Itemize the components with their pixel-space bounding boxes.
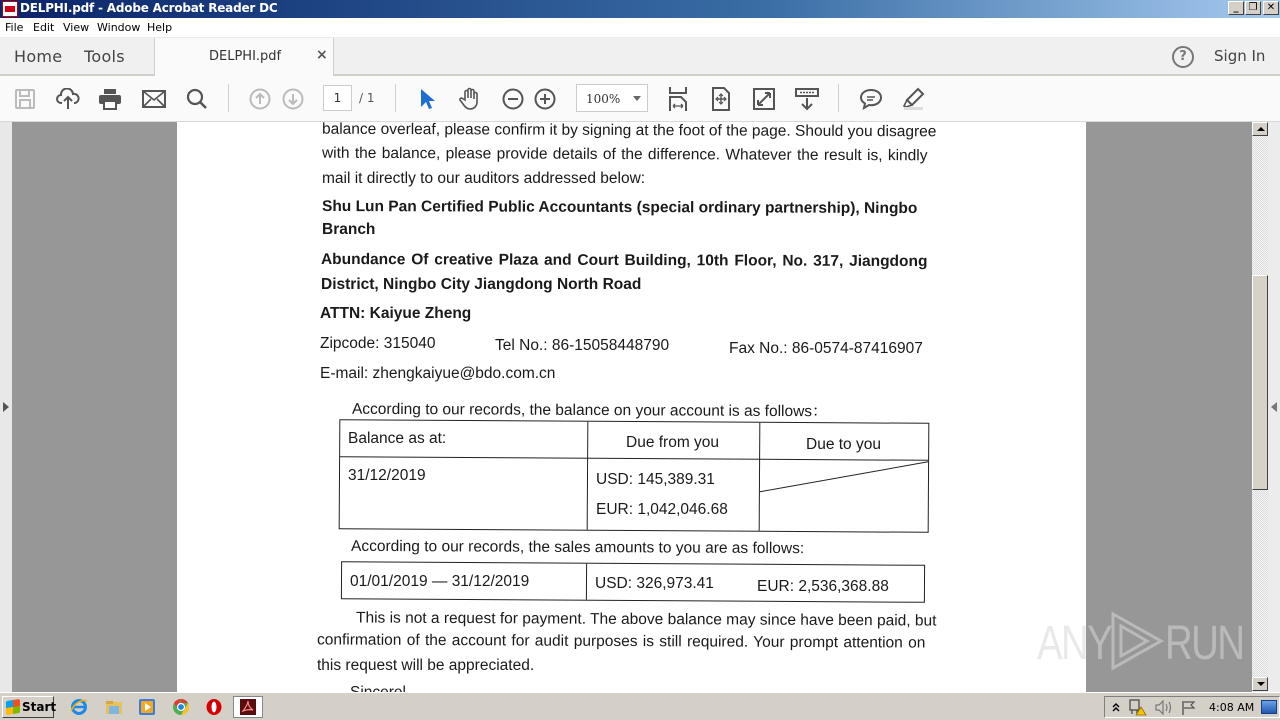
menu-help[interactable]: Help — [147, 21, 172, 34]
media-player-icon[interactable] — [138, 698, 156, 716]
auditor-address: Abundance Of creative Plaza and Court Bu… — [321, 251, 928, 271]
toolbar-divider — [838, 84, 839, 112]
scroll-up-button[interactable] — [1252, 122, 1268, 136]
expand-left-panel-icon — [3, 402, 9, 412]
show-desktop-button[interactable] — [1261, 700, 1277, 714]
scroll-mode-icon[interactable] — [794, 86, 820, 112]
acrobat-app-icon — [2, 1, 18, 17]
close-window-button[interactable]: ✕ — [1263, 1, 1279, 15]
balance-header-due-from: Due from you — [626, 434, 719, 452]
hand-tool-icon[interactable] — [457, 86, 483, 112]
network-warning-icon[interactable] — [1129, 699, 1147, 716]
start-button[interactable]: Start — [2, 696, 54, 718]
intro-line: mail it directly to our auditors address… — [322, 170, 645, 188]
page-total: / 1 — [359, 91, 375, 105]
balance-due-from-usd: USD: 145,389.31 — [596, 471, 715, 489]
intro-line: with the balance, please provide details… — [322, 145, 928, 166]
auditor-name: Branch — [322, 221, 375, 239]
print-icon[interactable] — [97, 86, 123, 112]
acrobat-reader-icon — [240, 699, 256, 715]
email-address: E-mail: zhengkaiyue@bdo.com.cn — [320, 365, 555, 383]
full-screen-icon[interactable] — [751, 86, 777, 112]
menu-file[interactable]: File — [5, 21, 23, 34]
left-panel-toggle[interactable] — [0, 122, 12, 692]
tab-home[interactable]: Home — [14, 47, 62, 66]
close-tab-icon[interactable]: × — [316, 47, 328, 63]
watermark-text-left: ANY — [1037, 616, 1111, 671]
upload-cloud-icon[interactable] — [55, 86, 81, 112]
search-icon[interactable] — [184, 86, 210, 112]
toolbar: 1 / 1 100% — [0, 76, 1280, 122]
internet-explorer-icon[interactable] — [70, 698, 88, 716]
file-explorer-icon[interactable] — [105, 698, 123, 716]
zoom-in-icon[interactable] — [532, 86, 558, 112]
menu-view[interactable]: View — [63, 21, 89, 34]
zoom-out-icon[interactable] — [500, 86, 526, 112]
sales-eur: EUR: 2,536,368.88 — [757, 578, 889, 596]
title-bar: DELPHI.pdf - Adobe Acrobat Reader DC _ ❐… — [0, 0, 1280, 18]
page-number-input[interactable]: 1 — [323, 85, 352, 111]
closing-line: This is not a request for payment. The a… — [356, 609, 937, 630]
email-icon[interactable] — [141, 86, 167, 112]
scrollbar-thumb[interactable] — [1252, 275, 1268, 490]
intro-line: balance overleaf, please confirm it by s… — [322, 122, 936, 141]
sales-intro: According to our records, the sales amou… — [351, 538, 804, 558]
pdf-page: balance overleaf, please confirm it by s… — [177, 122, 1086, 692]
show-hidden-icons-icon[interactable] — [1111, 701, 1121, 713]
fit-page-icon[interactable] — [708, 86, 734, 112]
sign-in-link[interactable]: Sign In — [1214, 47, 1265, 65]
table-divider — [586, 564, 588, 600]
zoom-level-value: 100% — [586, 92, 620, 106]
toolbar-divider — [228, 84, 229, 112]
select-pointer-icon[interactable] — [414, 86, 440, 112]
windows-logo-icon — [6, 699, 20, 715]
system-tray: 4:08 AM — [1104, 696, 1280, 718]
auditor-name: Shu Lun Pan Certified Public Accountants… — [322, 198, 917, 218]
toolbar-divider — [395, 84, 396, 112]
right-panel-toggle[interactable] — [1268, 122, 1280, 692]
balance-intro: According to our records, the balance on… — [352, 397, 828, 421]
signoff-partial: Sincerel — [350, 684, 406, 692]
closing-line: confirmation of the account for audit pu… — [317, 631, 925, 652]
closing-line: this request will be appreciated. — [317, 657, 534, 675]
action-center-flag-icon[interactable] — [1181, 700, 1197, 715]
save-icon[interactable] — [12, 86, 38, 112]
zoom-level-select[interactable]: 100% — [576, 84, 648, 112]
telephone: Tel No.: 86-15058448790 — [495, 337, 669, 355]
empty-cell-strike — [760, 460, 928, 495]
table-divider — [587, 422, 589, 530]
comment-icon[interactable] — [858, 86, 884, 112]
chrome-icon[interactable] — [172, 698, 190, 716]
opera-icon[interactable] — [205, 698, 223, 716]
anyrun-watermark: ANY RUN — [1037, 608, 1237, 674]
clock[interactable]: 4:08 AM — [1209, 701, 1254, 714]
next-page-icon[interactable] — [280, 86, 306, 112]
acrobat-reader-task-button[interactable] — [233, 696, 263, 718]
sales-usd: USD: 326,973.41 — [595, 575, 714, 593]
zipcode: Zipcode: 315040 — [320, 335, 435, 353]
previous-page-icon[interactable] — [247, 86, 273, 112]
balance-header-date: Balance as at: — [348, 430, 446, 448]
restore-button[interactable]: ❐ — [1245, 1, 1261, 15]
fax: Fax No.: 86-0574-87416907 — [729, 340, 923, 358]
balance-header-due-to: Due to you — [806, 436, 881, 454]
watermark-text-right: RUN — [1165, 616, 1243, 671]
balance-date: 31/12/2019 — [348, 467, 426, 485]
taskbar: Start 4:08 AM — [0, 692, 1280, 720]
attention-line: ATTN: Kaiyue Zheng — [320, 305, 471, 323]
fit-width-icon[interactable] — [665, 86, 691, 112]
vertical-scrollbar[interactable] — [1252, 122, 1268, 692]
volume-icon[interactable] — [1155, 700, 1173, 715]
highlight-pen-icon[interactable] — [900, 86, 926, 112]
chevron-down-icon — [1257, 682, 1265, 686]
document-tab-label: DELPHI.pdf — [209, 49, 281, 64]
menu-edit[interactable]: Edit — [33, 21, 54, 34]
tab-document[interactable]: DELPHI.pdf × — [154, 38, 334, 76]
expand-right-panel-icon — [1271, 402, 1277, 412]
chevron-down-icon — [633, 96, 641, 101]
scroll-down-button[interactable] — [1252, 677, 1268, 691]
chevron-up-icon — [1257, 127, 1265, 131]
watermark-play-icon — [1107, 610, 1167, 672]
start-label: Start — [22, 700, 56, 714]
window-title: DELPHI.pdf - Adobe Acrobat Reader DC — [20, 1, 277, 15]
sales-period: 01/01/2019 — 31/12/2019 — [350, 573, 529, 591]
minimize-button[interactable]: _ — [1228, 1, 1244, 15]
help-icon[interactable]: ? — [1172, 46, 1194, 68]
auditor-address: District, Ningbo City Jiangdong North Ro… — [321, 276, 641, 294]
tab-tools[interactable]: Tools — [84, 47, 125, 66]
menu-window[interactable]: Window — [97, 21, 140, 34]
menu-bar: File Edit View Window Help — [0, 18, 1280, 38]
balance-due-from-eur: EUR: 1,042,046.68 — [596, 501, 728, 519]
